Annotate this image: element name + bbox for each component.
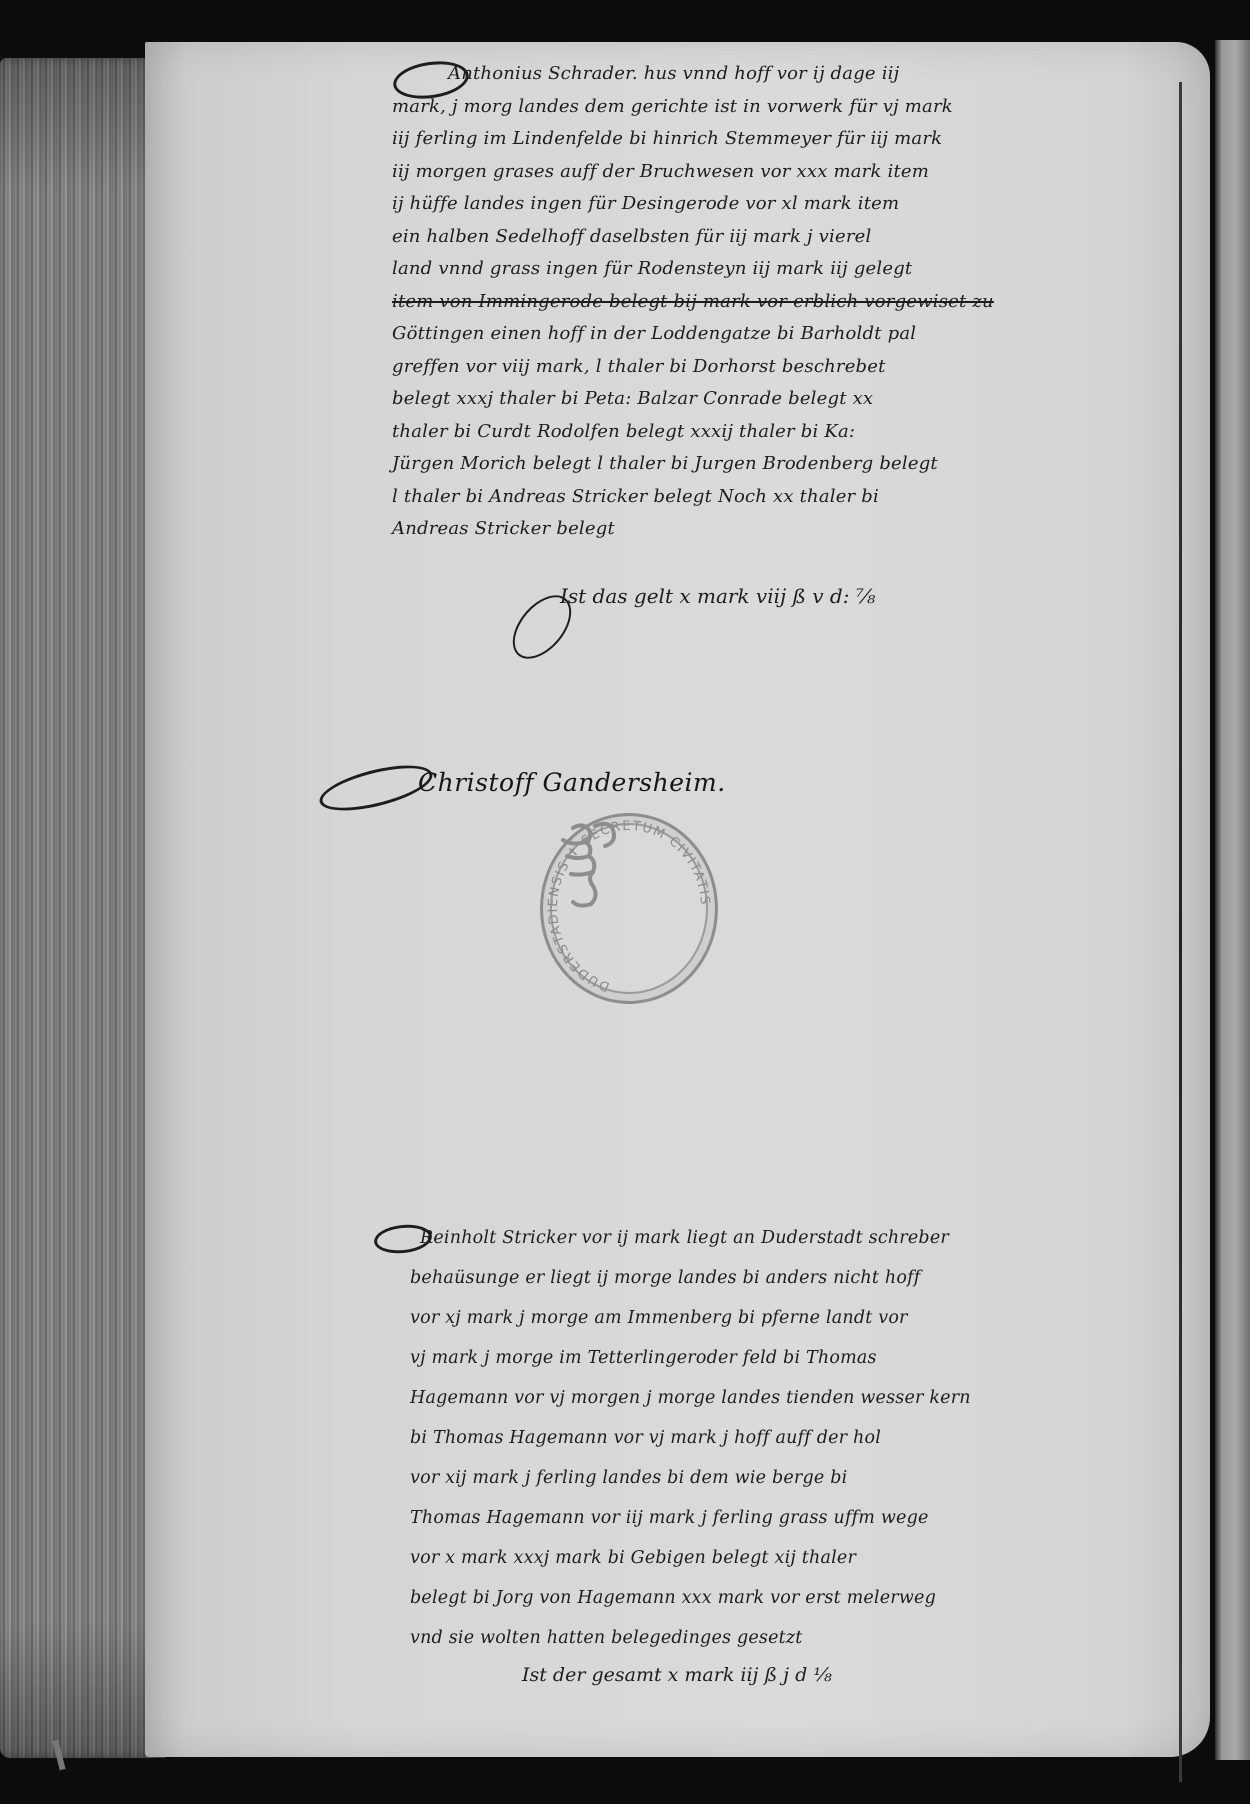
entry-3-line: vor xij mark j ferling landes bi dem wie… [410, 1458, 971, 1498]
entry-2-heading: Christoff Gandersheim. [418, 768, 726, 797]
entry-3-line: vj mark j morge im Tetterlingeroder feld… [410, 1338, 971, 1378]
archive-seal-stamp: DUDERSTADIENSIS ✝ SECRETUM CIVITATIS [540, 813, 718, 1004]
lion-rampant-icon [543, 816, 623, 916]
entry-1-line: ij hüffe landes ingen für Desingerode vo… [392, 188, 994, 221]
entry-3-total: Ist der gesamt x mark iij ß j d ⅛ [522, 1664, 832, 1686]
entry-3-line: bi Thomas Hagemann vor vj mark j hoff au… [410, 1418, 971, 1458]
entry-1-line: Göttingen einen hoff in der Loddengatze … [392, 318, 994, 351]
entry-3-line: behaüsunge er liegt ij morge landes bi a… [410, 1258, 971, 1298]
entry-1-line: l thaler bi Andreas Stricker belegt Noch… [392, 481, 994, 514]
entry-1-line: belegt xxxj thaler bi Peta: Balzar Conra… [392, 383, 994, 416]
entry-3-line: vor x mark xxxj mark bi Gebigen belegt x… [410, 1538, 971, 1578]
entry-3-line: vnd sie wolten hatten belegedinges geset… [410, 1618, 971, 1658]
entry-1-line: greffen vor viij mark, l thaler bi Dorho… [392, 351, 994, 384]
entry-1-line: land vnnd grass ingen für Rodensteyn iij… [392, 253, 994, 286]
entry-1-line: thaler bi Curdt Rodolfen belegt xxxij th… [392, 416, 994, 449]
entry-1-line: Anthonius Schrader. hus vnnd hoff vor ij… [448, 58, 994, 91]
entry-3-line: belegt bi Jorg von Hagemann xxx mark vor… [410, 1578, 971, 1618]
entry-1-line: Andreas Stricker belegt [392, 513, 994, 546]
page-edge-shadow [1179, 82, 1182, 1782]
entry-3-line: Hagemann vor vj morgen j morge landes ti… [410, 1378, 971, 1418]
entry-1-line: ein halben Sedelhoff daselbsten für iij … [392, 221, 994, 254]
entry-1-text: Anthonius Schrader. hus vnnd hoff vor ij… [448, 58, 994, 546]
entry-1-total: Ist das gelt x mark viij ß v d: ⅞ [560, 584, 875, 608]
entry-1-struck-line: item von Immingerode belegt bij mark vor… [392, 286, 994, 319]
entry-3-text: Reinholt Stricker vor ij mark liegt an D… [420, 1218, 971, 1658]
entry-3-line: Thomas Hagemann vor iij mark j ferling g… [410, 1498, 971, 1538]
entry-1-line: mark, j morg landes dem gerichte ist in … [392, 91, 994, 124]
entry-1-line: iij ferling im Lindenfelde bi hinrich St… [392, 123, 994, 156]
entry-3-line: Reinholt Stricker vor ij mark liegt an D… [420, 1218, 971, 1258]
entry-1-line: iij morgen grases auff der Bruchwesen vo… [392, 156, 994, 189]
scan-scene: Anthonius Schrader. hus vnnd hoff vor ij… [0, 0, 1250, 1804]
entry-1-line: Jürgen Morich belegt l thaler bi Jurgen … [392, 448, 994, 481]
page-stack-edges [0, 58, 165, 1758]
right-page-edge [1215, 40, 1250, 1760]
entry-3-line: vor xj mark j morge am Immenberg bi pfer… [410, 1298, 971, 1338]
